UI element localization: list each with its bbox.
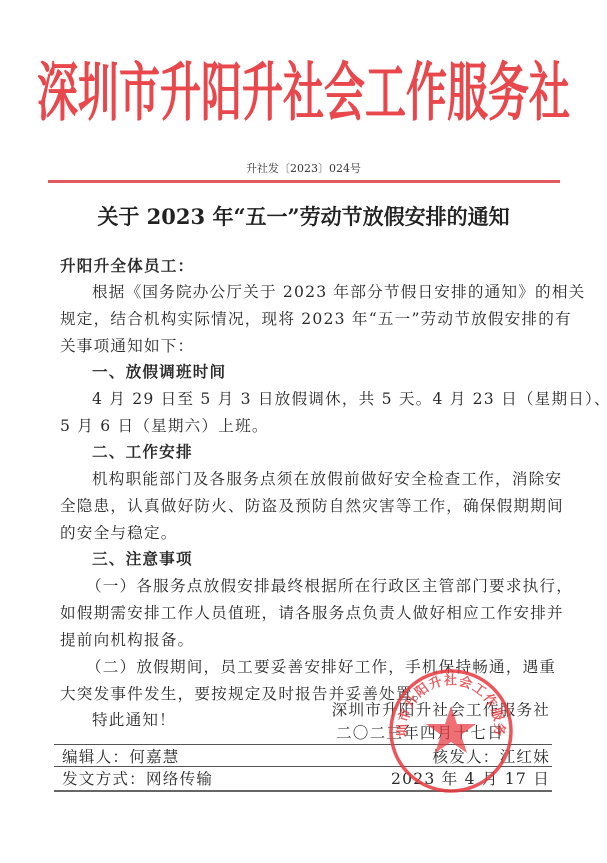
footer-rule-top (54, 744, 552, 745)
intro-line: 根据《国务院办公厅关于 2023 年部分节假日安排的通知》的相关 (92, 282, 550, 302)
section-line: （一）各服务点放假安排最终根据所在行政区主管部门要求执行， (86, 576, 544, 596)
section-line: 4 月 29 日至 5 月 3 日放假调休，共 5 天。4 月 23 日（星期日… (92, 389, 550, 409)
approver-name: 江红妹 (500, 748, 550, 766)
section-heading: 二、工作安排 (92, 442, 550, 462)
editor-label: 编辑人： (62, 748, 129, 766)
intro-line: 关事项通知如下： (60, 336, 550, 356)
footer-rule-bottom (54, 790, 552, 792)
signature-date: 二〇二三年四月十七日 (336, 723, 556, 743)
section-line: 5 月 6 日（星期六）上班。 (60, 416, 550, 436)
method-label: 发文方式： (62, 770, 146, 788)
footer-rule-middle (54, 766, 552, 767)
section-line: （二）放假期间，员工要妥善安排好工作，手机保持畅通，遇重 (86, 657, 544, 677)
approver-field: 核发人：江红妹 (300, 747, 550, 767)
salutation: 升阳升全体员工： (60, 256, 550, 276)
section-heading: 一、放假调班时间 (92, 362, 550, 382)
organization-header: 深圳市升阳升社会工作服务社 (0, 62, 607, 126)
section-line: 全隐患，认真做好防火、防盗及预防自然灾害等工作，确保假期期间 (60, 496, 550, 516)
section-line: 提前向机构报备。 (60, 630, 550, 650)
section-line: 机构职能部门及各服务点须在放假前做好安全检查工作，消除安 (92, 469, 550, 489)
issue-date: 2023 年 4 月 17 日 (300, 769, 550, 789)
intro-line: 规定，结合机构实际情况，现将 2023 年“五一”劳动节放假安排的有 (60, 309, 550, 329)
document-number: 升社发〔2023〕024号 (0, 160, 607, 176)
document-title: 关于 2023 年“五一”劳动节放假安排的通知 (0, 201, 607, 231)
editor-name: 何嘉慧 (129, 748, 179, 766)
method-value: 网络传输 (146, 770, 213, 788)
section-heading: 三、注意事项 (92, 549, 550, 569)
section-line: 如假期需安排工作人员值班，请各服务点负责人做好相应工作安排并 (60, 603, 550, 623)
section-line: 的安全与稳定。 (60, 523, 550, 543)
approver-label: 核发人： (432, 748, 499, 766)
signature-organization: 深圳市升阳升社会工作服务社 (300, 700, 550, 720)
red-divider (48, 180, 560, 183)
